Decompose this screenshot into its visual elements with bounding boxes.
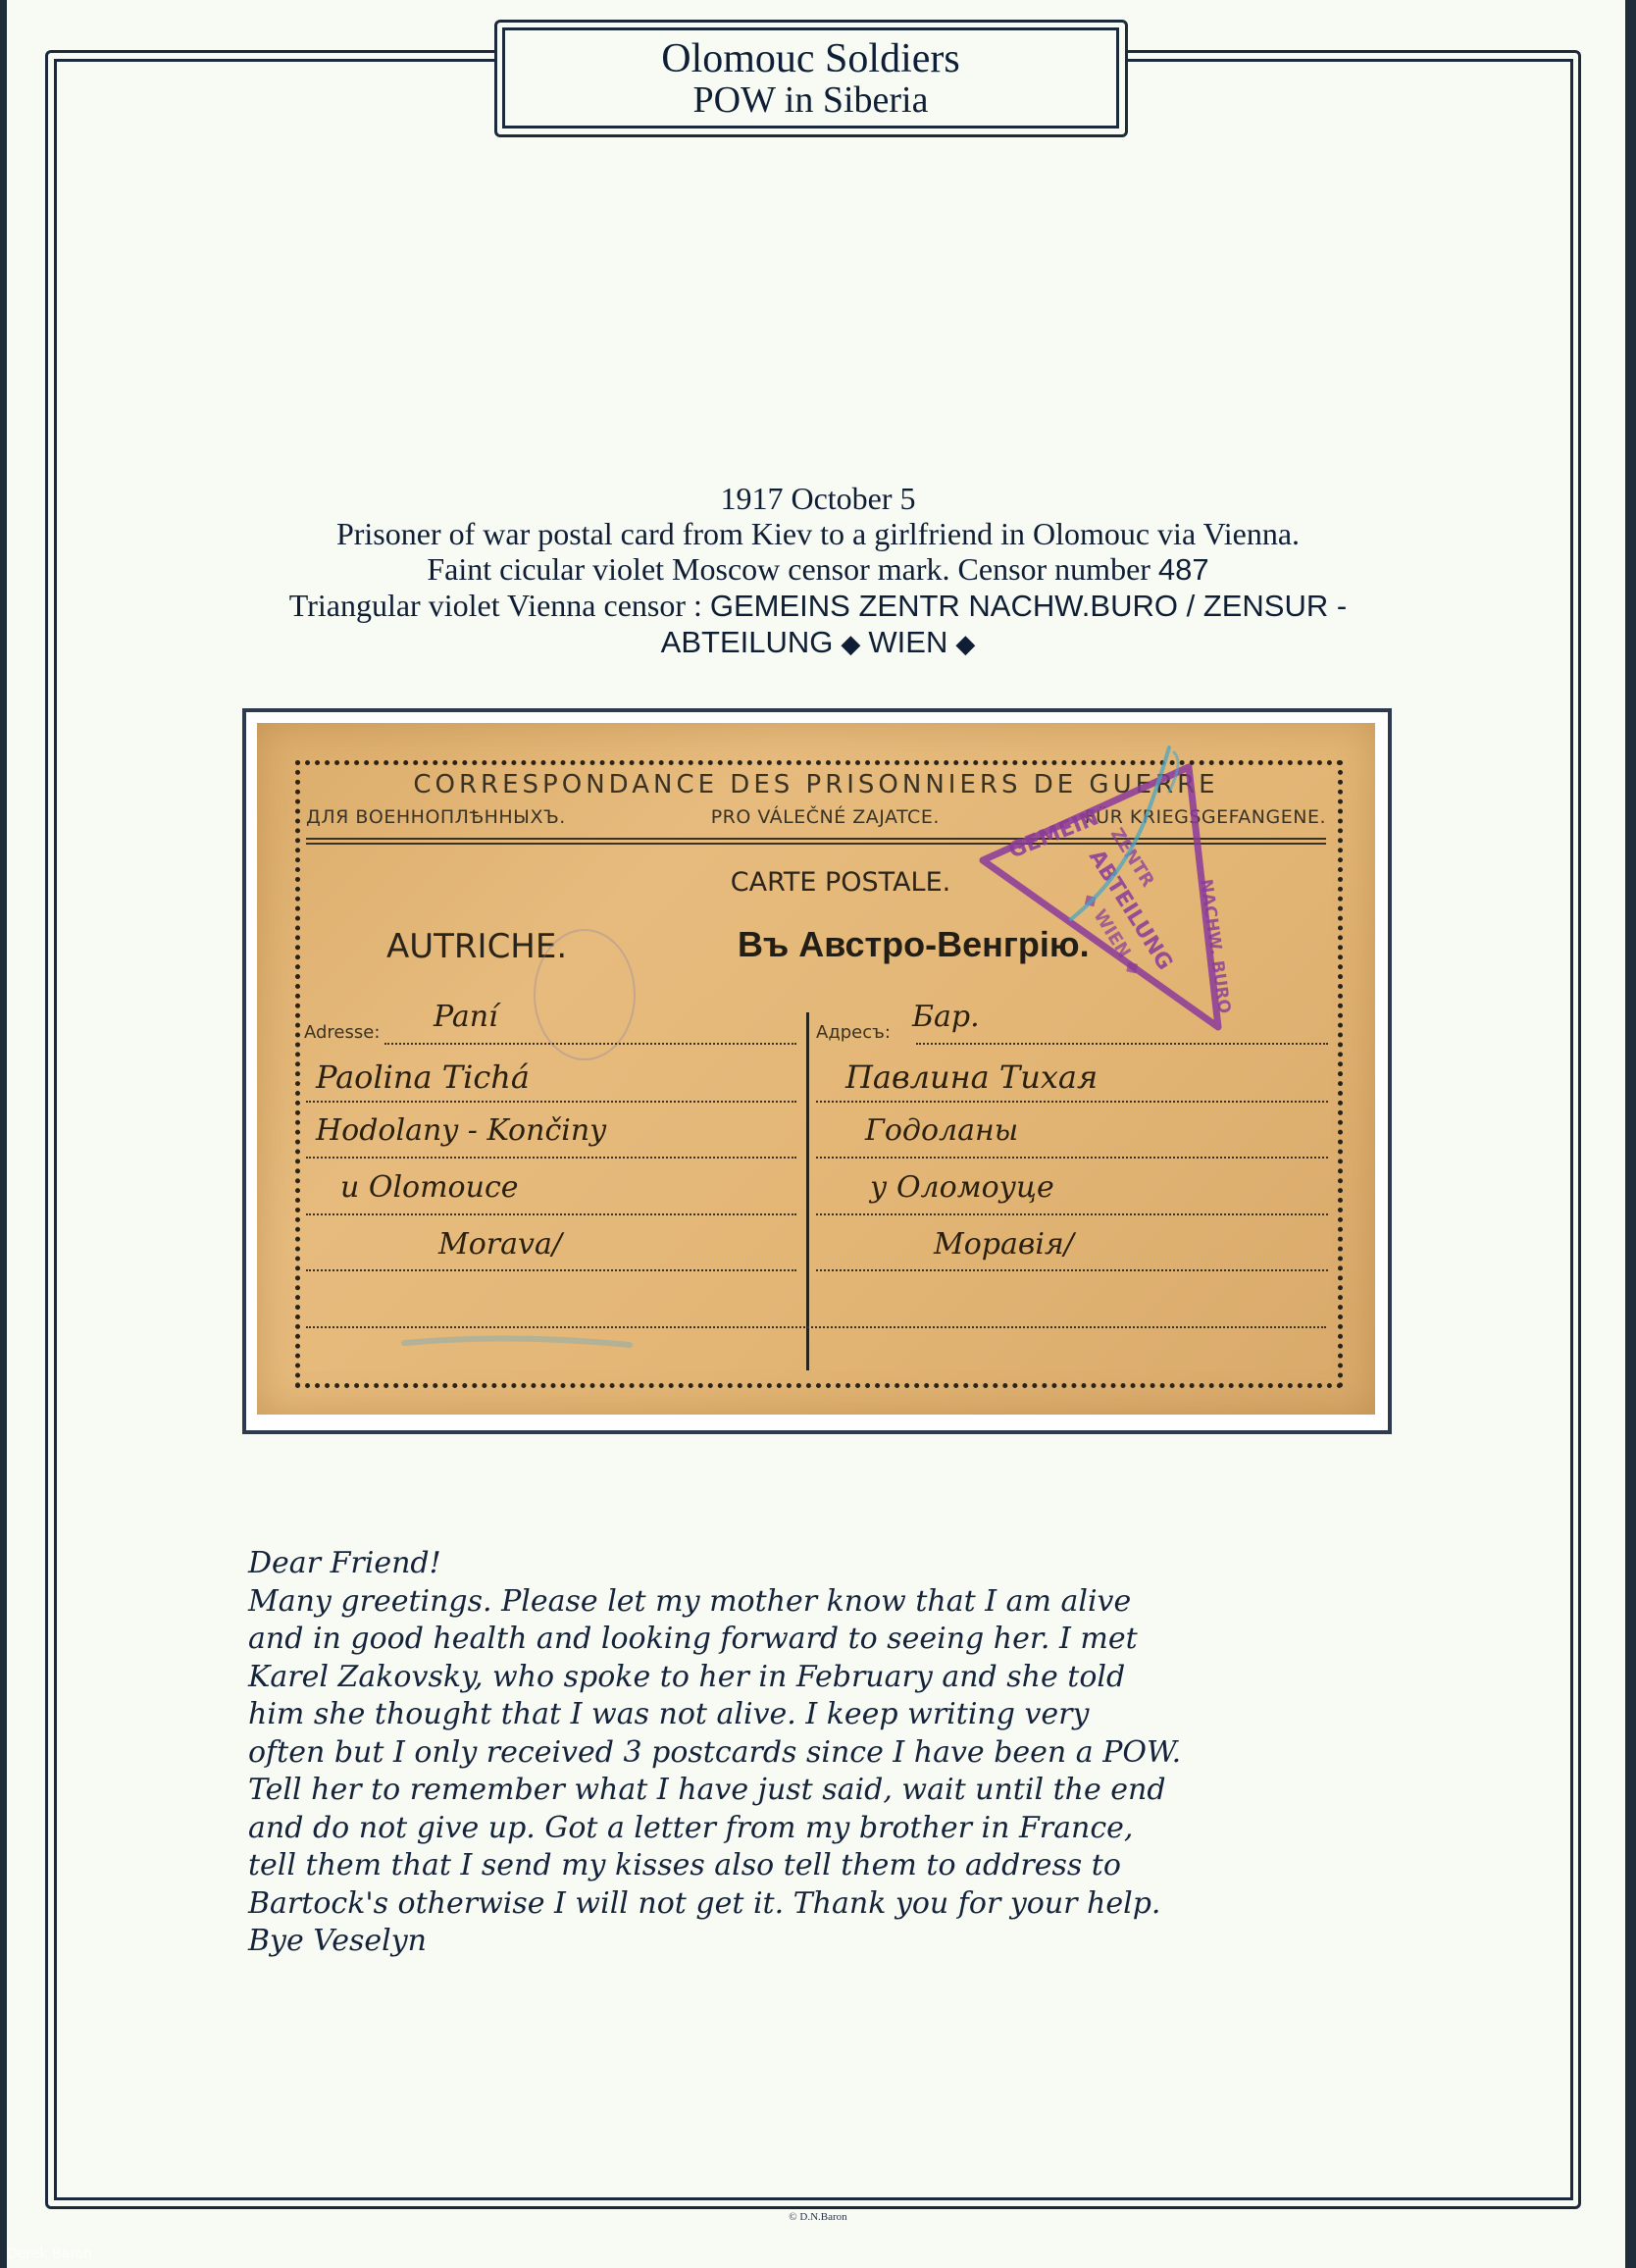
title-box: Olomouc Soldiers POW in Siberia: [502, 27, 1119, 129]
address-divider: [806, 1012, 809, 1370]
letter-line: Dear Friend!: [248, 1545, 1425, 1583]
handwritten-address: Годоланы: [865, 1113, 1018, 1148]
censor-stamp-text: GEMEINS ZENTR NACHW.BURO / ZENSUR -: [710, 589, 1347, 623]
page-title: Olomouc Soldiers: [661, 37, 959, 80]
handwritten-address: Бар.: [912, 1000, 980, 1034]
letter-line: tell them that I send my kisses also tel…: [248, 1847, 1425, 1885]
watermark: Derek Baron: [7, 2246, 92, 2262]
censor-number: 487: [1158, 552, 1209, 587]
caption-date: 1917 October 5: [98, 481, 1538, 516]
moscow-censor-mark: [534, 929, 636, 1060]
diamond-icon: ◆: [841, 630, 860, 659]
handwritten-address: u Olomouce: [340, 1170, 519, 1205]
address-line: [306, 1213, 796, 1215]
address-label-fr: Adresse:: [304, 1022, 380, 1043]
caption-vienna-censor-cont: ABTEILUNG ◆ WIEN ◆: [98, 624, 1538, 662]
letter-line: and do not give up. Got a letter from my…: [248, 1810, 1425, 1848]
address-line: [306, 1326, 1326, 1328]
postcard-image: CORRESPONDANCE DES PRISONNIERS DE GUERRE…: [257, 723, 1375, 1415]
address-line: [816, 1101, 1328, 1103]
page-subtitle: POW in Siberia: [693, 80, 929, 120]
address-line: [916, 1043, 1328, 1045]
scan-edge-left: [0, 0, 7, 2268]
letter-line: and in good health and looking forward t…: [248, 1621, 1425, 1659]
handwritten-address: Hodolany - Končiny: [316, 1113, 606, 1148]
letter-line: Tell her to remember what I have just sa…: [248, 1772, 1425, 1810]
handwritten-address: у Оломоуце: [870, 1170, 1054, 1205]
caption-moscow-censor: Faint cicular violet Moscow censor mark.…: [98, 551, 1538, 588]
handwritten-address: Павлина Тихая: [845, 1058, 1098, 1096]
caption-description: Prisoner of war postal card from Kiev to…: [98, 516, 1538, 551]
exhibit-caption: 1917 October 5 Prisoner of war postal ca…: [98, 481, 1538, 662]
address-line: [306, 1101, 796, 1103]
address-label-ru: Адресъ:: [816, 1022, 891, 1043]
caption-vienna-censor: Triangular violet Vienna censor : GEMEIN…: [98, 588, 1538, 624]
handwritten-address: Paolina Tichá: [316, 1058, 530, 1096]
letter-line: Many greetings. Please let my mother kno…: [248, 1583, 1425, 1622]
address-line: [816, 1269, 1328, 1271]
letter-transcription: Dear Friend! Many greetings. Please let …: [248, 1545, 1425, 1961]
address-line: [306, 1157, 796, 1159]
address-line: [816, 1157, 1328, 1159]
letter-line: Bye Veselyn: [248, 1923, 1425, 1961]
letter-line: often but I only received 3 postcards si…: [248, 1734, 1425, 1773]
svg-text:NACHW. BURO: NACHW. BURO: [1196, 878, 1234, 1015]
vienna-censor-stamp-icon: GEMEIN ZENTR ABTEILUNG ◆ WIEN ◆ NACHW. B…: [973, 752, 1287, 1037]
letter-line: Bartock's otherwise I will not get it. T…: [248, 1885, 1425, 1924]
copyright-notice: © D.N.Baron: [0, 2211, 1636, 2223]
address-line: [816, 1213, 1328, 1215]
handwritten-address: Моравія/: [934, 1227, 1074, 1262]
scan-edge-right: [1625, 0, 1636, 2268]
handwritten-address: Paní: [434, 1000, 498, 1034]
diamond-icon: ◆: [955, 630, 975, 659]
address-line: [306, 1269, 796, 1271]
letter-line: Karel Zakovsky, who spoke to her in Febr…: [248, 1659, 1425, 1697]
letter-line: him she thought that I was not alive. I …: [248, 1696, 1425, 1734]
address-line: [384, 1043, 796, 1045]
handwritten-address: Morava/: [438, 1227, 562, 1262]
